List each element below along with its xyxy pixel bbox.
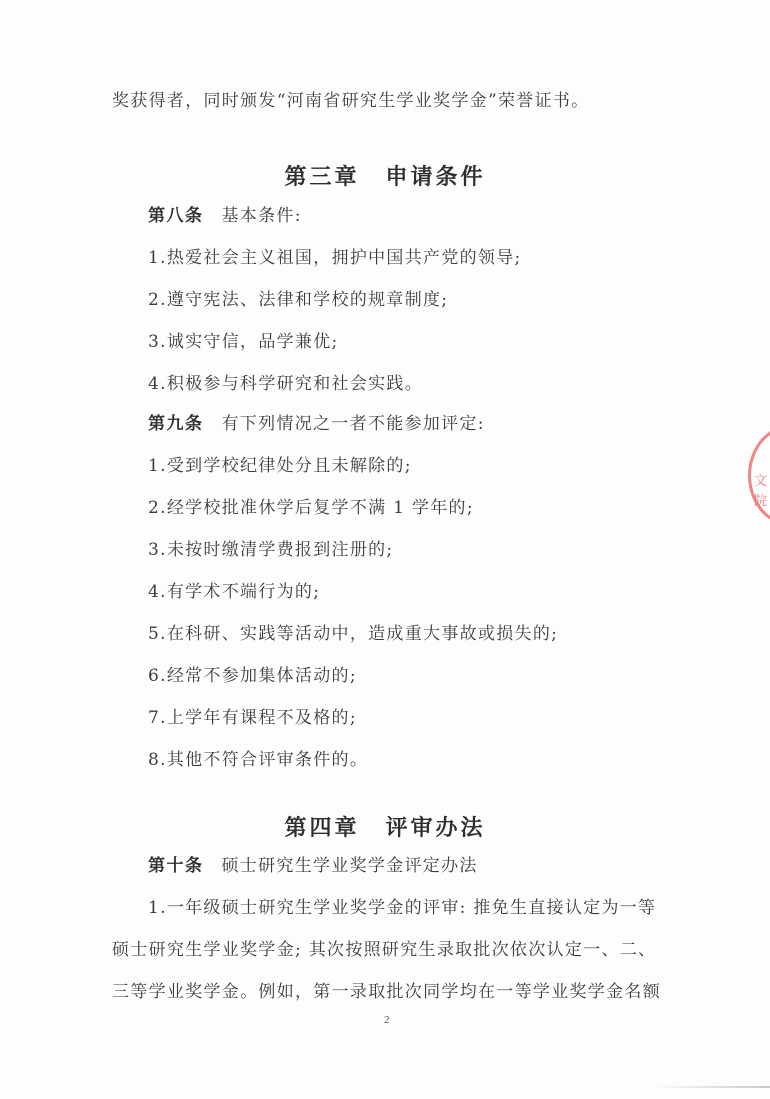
seal-glyph: 文 <box>754 470 767 489</box>
chapter-3-title: 申请条件 <box>386 165 486 190</box>
article-8-label: 第八条 <box>148 206 204 226</box>
article-8-item: 3.诚实守信，品学兼优; <box>148 331 339 353</box>
article-8-title: 基本条件: <box>222 206 302 226</box>
article-9-item: 1.受到学校纪律处分且未解除的; <box>148 455 412 477</box>
article-10-paragraph-line: 硕士研究生学业奖学金; 其次按照研究生录取批次依次认定一、二、 <box>112 939 656 961</box>
article-10-heading: 第十条硕士研究生学业奖学金评定办法 <box>148 855 478 877</box>
article-9-label: 第九条 <box>148 414 204 434</box>
seal-glyph: 院 <box>754 490 767 509</box>
scan-edge-line <box>650 1086 770 1088</box>
article-9-item: 7.上学年有课程不及格的; <box>148 707 357 729</box>
article-9-item: 3.未按时缴清学费报到注册的; <box>148 539 393 561</box>
chapter-3-heading: 第三章申请条件 <box>0 160 770 191</box>
article-8-heading: 第八条基本条件: <box>148 205 302 227</box>
document-page: 奖获得者，同时颁发“河南省研究生学业奖学金”荣誉证书。 第三章申请条件 第八条基… <box>0 0 770 1099</box>
article-8-item: 1.热爱社会主义祖国，拥护中国共产党的领导; <box>148 247 522 269</box>
article-9-heading: 第九条有下列情况之一者不能参加评定: <box>148 413 485 435</box>
chapter-4-title: 评审办法 <box>386 816 486 841</box>
article-8-item: 4.积极参与科学研究和社会实践。 <box>148 373 423 395</box>
article-10-paragraph-line: 三等学业奖学金。例如，第一录取批次同学均在一等学业奖学金名额 <box>112 981 661 1003</box>
page-number: 2 <box>384 1014 390 1026</box>
article-10-title: 硕士研究生学业奖学金评定办法 <box>222 856 478 876</box>
chapter-4-number: 第四章 <box>284 816 359 841</box>
article-9-item: 6.经常不参加集体活动的; <box>148 665 357 687</box>
article-9-item: 2.经学校批准休学后复学不满 1 学年的; <box>148 497 474 519</box>
continuation-line: 奖获得者，同时颁发“河南省研究生学业奖学金”荣誉证书。 <box>112 90 589 112</box>
article-10-label: 第十条 <box>148 856 204 876</box>
article-9-item: 4.有学术不端行为的; <box>148 581 320 603</box>
article-9-item: 5.在科研、实践等活动中，造成重大事故或损失的; <box>148 623 558 645</box>
chapter-4-heading: 第四章评审办法 <box>0 811 770 842</box>
article-9-item: 8.其他不符合评审条件的。 <box>148 749 368 771</box>
article-10-paragraph-line: 1.一年级硕士研究生学业奖学金的评审: 推免生直接认定为一等 <box>148 897 656 919</box>
chapter-3-number: 第三章 <box>284 165 359 190</box>
article-9-title: 有下列情况之一者不能参加评定: <box>222 414 485 434</box>
article-8-item: 2.遵守宪法、法律和学校的规章制度; <box>148 289 448 311</box>
